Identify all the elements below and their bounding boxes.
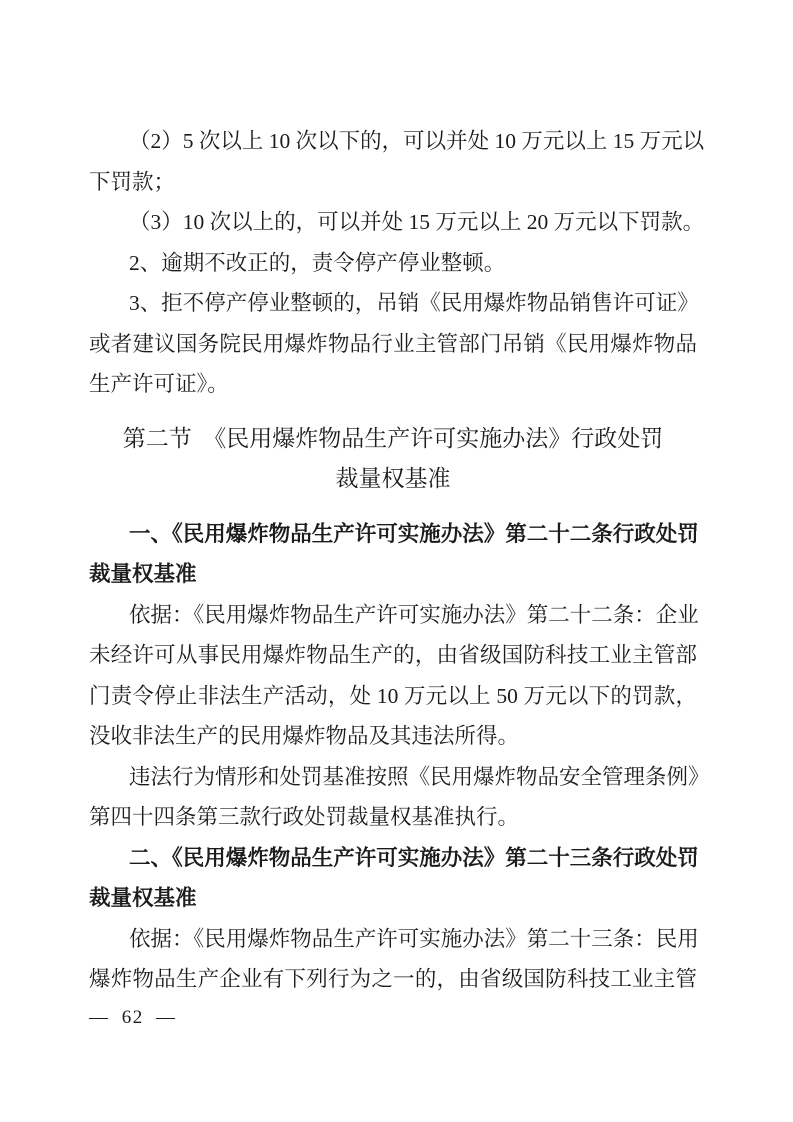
body-text-line: （2）5 次以上 10 次以下的，可以并处 10 万元以上 15 万元以 bbox=[89, 121, 697, 162]
subsection-heading-line: 二、《民用爆炸物品生产许可实施办法》第二十三条行政处罚 bbox=[89, 838, 697, 879]
body-text-line: 爆炸物品生产企业有下列行为之一的，由省级国防科技工业主管 bbox=[89, 959, 697, 1000]
document-page: （2）5 次以上 10 次以下的，可以并处 10 万元以上 15 万元以 下罚款… bbox=[0, 0, 793, 1122]
body-text-line: 门责令停止非法生产活动，处 10 万元以上 50 万元以下的罚款， bbox=[89, 676, 697, 717]
body-text-line: 2、逾期不改正的，责令停产停业整顿。 bbox=[89, 243, 697, 284]
body-text-line: 3、拒不停产停业整顿的，吊销《民用爆炸物品销售许可证》 bbox=[89, 283, 697, 324]
body-text-line: 没收非法生产的民用爆炸物品及其违法所得。 bbox=[89, 716, 697, 757]
body-text-line: 依据：《民用爆炸物品生产许可实施办法》第二十二条：企业 bbox=[89, 595, 697, 636]
body-text-line: 生产许可证》。 bbox=[89, 364, 697, 405]
page-number: — 62 — bbox=[89, 1006, 177, 1030]
body-text-line: 第四十四条第三款行政处罚裁量权基准执行。 bbox=[89, 797, 697, 838]
subsection-heading-line: 裁量权基准 bbox=[89, 878, 697, 919]
body-text-line: 下罚款； bbox=[89, 162, 697, 203]
body-text-line: 未经许可从事民用爆炸物品生产的，由省级国防科技工业主管部 bbox=[89, 635, 697, 676]
body-text-line: 或者建议国务院民用爆炸物品行业主管部门吊销《民用爆炸物品 bbox=[89, 324, 697, 365]
section-heading-line: 裁量权基准 bbox=[89, 459, 697, 500]
subsection-heading-line: 一、《民用爆炸物品生产许可实施办法》第二十二条行政处罚 bbox=[89, 514, 697, 555]
body-text-line: 违法行为情形和处罚基准按照《民用爆炸物品安全管理条例》 bbox=[89, 757, 697, 798]
subsection-heading-line: 裁量权基准 bbox=[89, 554, 697, 595]
section-heading-line: 第二节 《民用爆炸物品生产许可实施办法》行政处罚 bbox=[89, 419, 697, 460]
body-text-line: （3）10 次以上的，可以并处 15 万元以上 20 万元以下罚款。 bbox=[89, 202, 697, 243]
page-text-block: （2）5 次以上 10 次以下的，可以并处 10 万元以上 15 万元以 下罚款… bbox=[89, 121, 697, 1000]
body-text-line: 依据：《民用爆炸物品生产许可实施办法》第二十三条：民用 bbox=[89, 919, 697, 960]
